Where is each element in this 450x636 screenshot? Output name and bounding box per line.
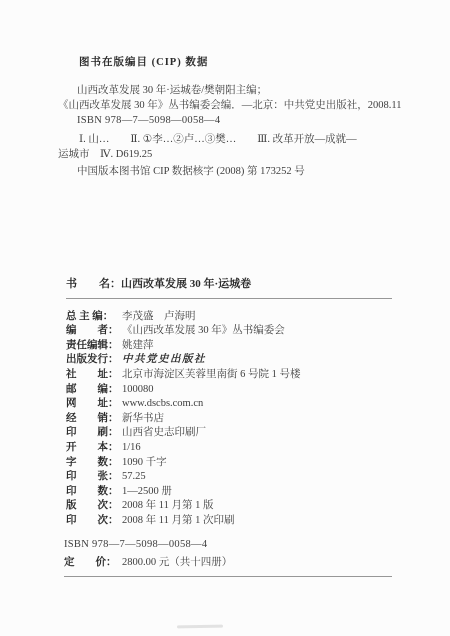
book-title-row: 书 名：山西改革发展 30 年·运城卷	[66, 277, 392, 292]
divider-line-top	[66, 298, 392, 299]
publication-info-block: 书 名：山西改革发展 30 年·运城卷 总 主 编：李茂盛 卢海明 编 者：《山…	[66, 277, 392, 529]
website-label: 网 址	[66, 398, 108, 409]
impression-value: 2008 年 11 月第 1 次印刷	[122, 514, 235, 529]
cip-record-number: 中国版本图书馆 CIP 数据核字 (2008) 第 173252 号	[58, 164, 420, 179]
word-count-row: 字 数：1090 千字	[66, 456, 392, 471]
address-label: 社 址	[66, 369, 108, 380]
format-value: 1/16	[122, 441, 141, 456]
printer-row: 印 刷：山西省史志印刷厂	[66, 426, 392, 441]
cip-classification-line2: 运城市 Ⅳ. D619.25	[58, 147, 420, 162]
chief-editors-value: 李茂盛 卢海明	[122, 310, 196, 325]
website-value: www.dscbs.com.cn	[122, 397, 203, 412]
edition-value: 2008 年 11 月第 1 版	[122, 499, 214, 514]
cip-book-statement: 山西改革发展 30 年·运城卷/樊朝阳主编；	[58, 83, 420, 98]
edition-row: 版 次：2008 年 11 月第 1 版	[66, 499, 392, 514]
distributor-value: 新华书店	[122, 412, 164, 427]
book-title-label: 书 名	[66, 278, 110, 290]
sheets-row: 印 张：57.25	[66, 470, 392, 485]
sheets-label: 印 张	[66, 471, 108, 482]
chief-editors-row: 总 主 编：李茂盛 卢海明	[66, 310, 392, 325]
postcode-label: 邮 编	[66, 384, 108, 395]
print-run-row: 印 数：1—2500 册	[66, 485, 392, 500]
price-value: 2800.00 元（共十四册）	[122, 555, 232, 570]
website-row: 网 址：www.dscbs.com.cn	[66, 397, 392, 412]
address-value: 北京市海淀区芙蓉里南街 6 号院 1 号楼	[122, 368, 301, 383]
book-title-value: 山西改革发展 30 年·运城卷	[121, 278, 251, 290]
cip-block: 图书在版编目 (CIP) 数据 山西改革发展 30 年·运城卷/樊朝阳主编； 《…	[58, 55, 420, 179]
format-row: 开 本：1/16	[66, 441, 392, 456]
isbn-price-block: ISBN 978—7—5098—0058—4 定 价：2800.00 元（共十四…	[64, 537, 392, 577]
price-row: 定 价：2800.00 元（共十四册）	[64, 555, 392, 570]
impression-label: 印 次	[66, 515, 108, 526]
word-count-value: 1090 千字	[122, 456, 167, 471]
postcode-row: 邮 编：100080	[66, 383, 392, 398]
distributor-label: 经 销	[66, 413, 108, 424]
chief-editors-label: 总 主 编	[66, 311, 103, 322]
format-label: 开 本	[66, 442, 108, 453]
print-run-label: 印 数	[66, 486, 108, 497]
cip-title: 图书在版编目 (CIP) 数据	[58, 55, 420, 70]
sheets-value: 57.25	[122, 470, 146, 485]
cip-classification-line1: Ⅰ. 山… Ⅱ. ①李…②卢…③樊… Ⅲ. 改革开放—成就—	[58, 132, 420, 147]
cip-publisher-statement: 《山西改革发展 30 年》丛书编委会编．—北京：中共党史出版社，2008.11	[58, 98, 420, 113]
compiler-label: 编 者	[66, 325, 108, 336]
impression-row: 印 次：2008 年 11 月第 1 次印刷	[66, 514, 392, 529]
print-run-value: 1—2500 册	[122, 485, 172, 500]
info-rows: 总 主 编：李茂盛 卢海明 编 者：《山西改革发展 30 年》丛书编委会 责任编…	[66, 310, 392, 529]
postcode-value: 100080	[122, 383, 154, 398]
managing-editor-row: 责任编辑：姚建萍	[66, 339, 392, 354]
publisher-row: 出版发行：中共党史出版社	[66, 353, 392, 368]
publisher-value: 中共党史出版社	[122, 353, 206, 368]
word-count-label: 字 数	[66, 457, 108, 468]
managing-editor-value: 姚建萍	[122, 339, 154, 354]
address-row: 社 址：北京市海淀区芙蓉里南街 6 号院 1 号楼	[66, 368, 392, 383]
cip-isbn: ISBN 978—7—5098—0058—4	[58, 113, 420, 128]
scan-smudge	[177, 625, 223, 629]
distributor-row: 经 销：新华书店	[66, 412, 392, 427]
isbn-line: ISBN 978—7—5098—0058—4	[64, 537, 392, 552]
copyright-page: 图书在版编目 (CIP) 数据 山西改革发展 30 年·运城卷/樊朝阳主编； 《…	[0, 0, 450, 636]
price-label: 定 价	[64, 557, 106, 568]
edition-label: 版 次	[66, 500, 108, 511]
printer-label: 印 刷	[66, 427, 108, 438]
managing-editor-label: 责任编辑	[66, 340, 108, 351]
publisher-label: 出版发行	[66, 354, 108, 365]
compiler-row: 编 者：《山西改革发展 30 年》丛书编委会	[66, 324, 392, 339]
divider-line-bottom	[64, 576, 392, 577]
printer-value: 山西省史志印刷厂	[122, 426, 206, 441]
book-title-colon: ：	[110, 278, 121, 290]
compiler-value: 《山西改革发展 30 年》丛书编委会	[122, 324, 285, 339]
